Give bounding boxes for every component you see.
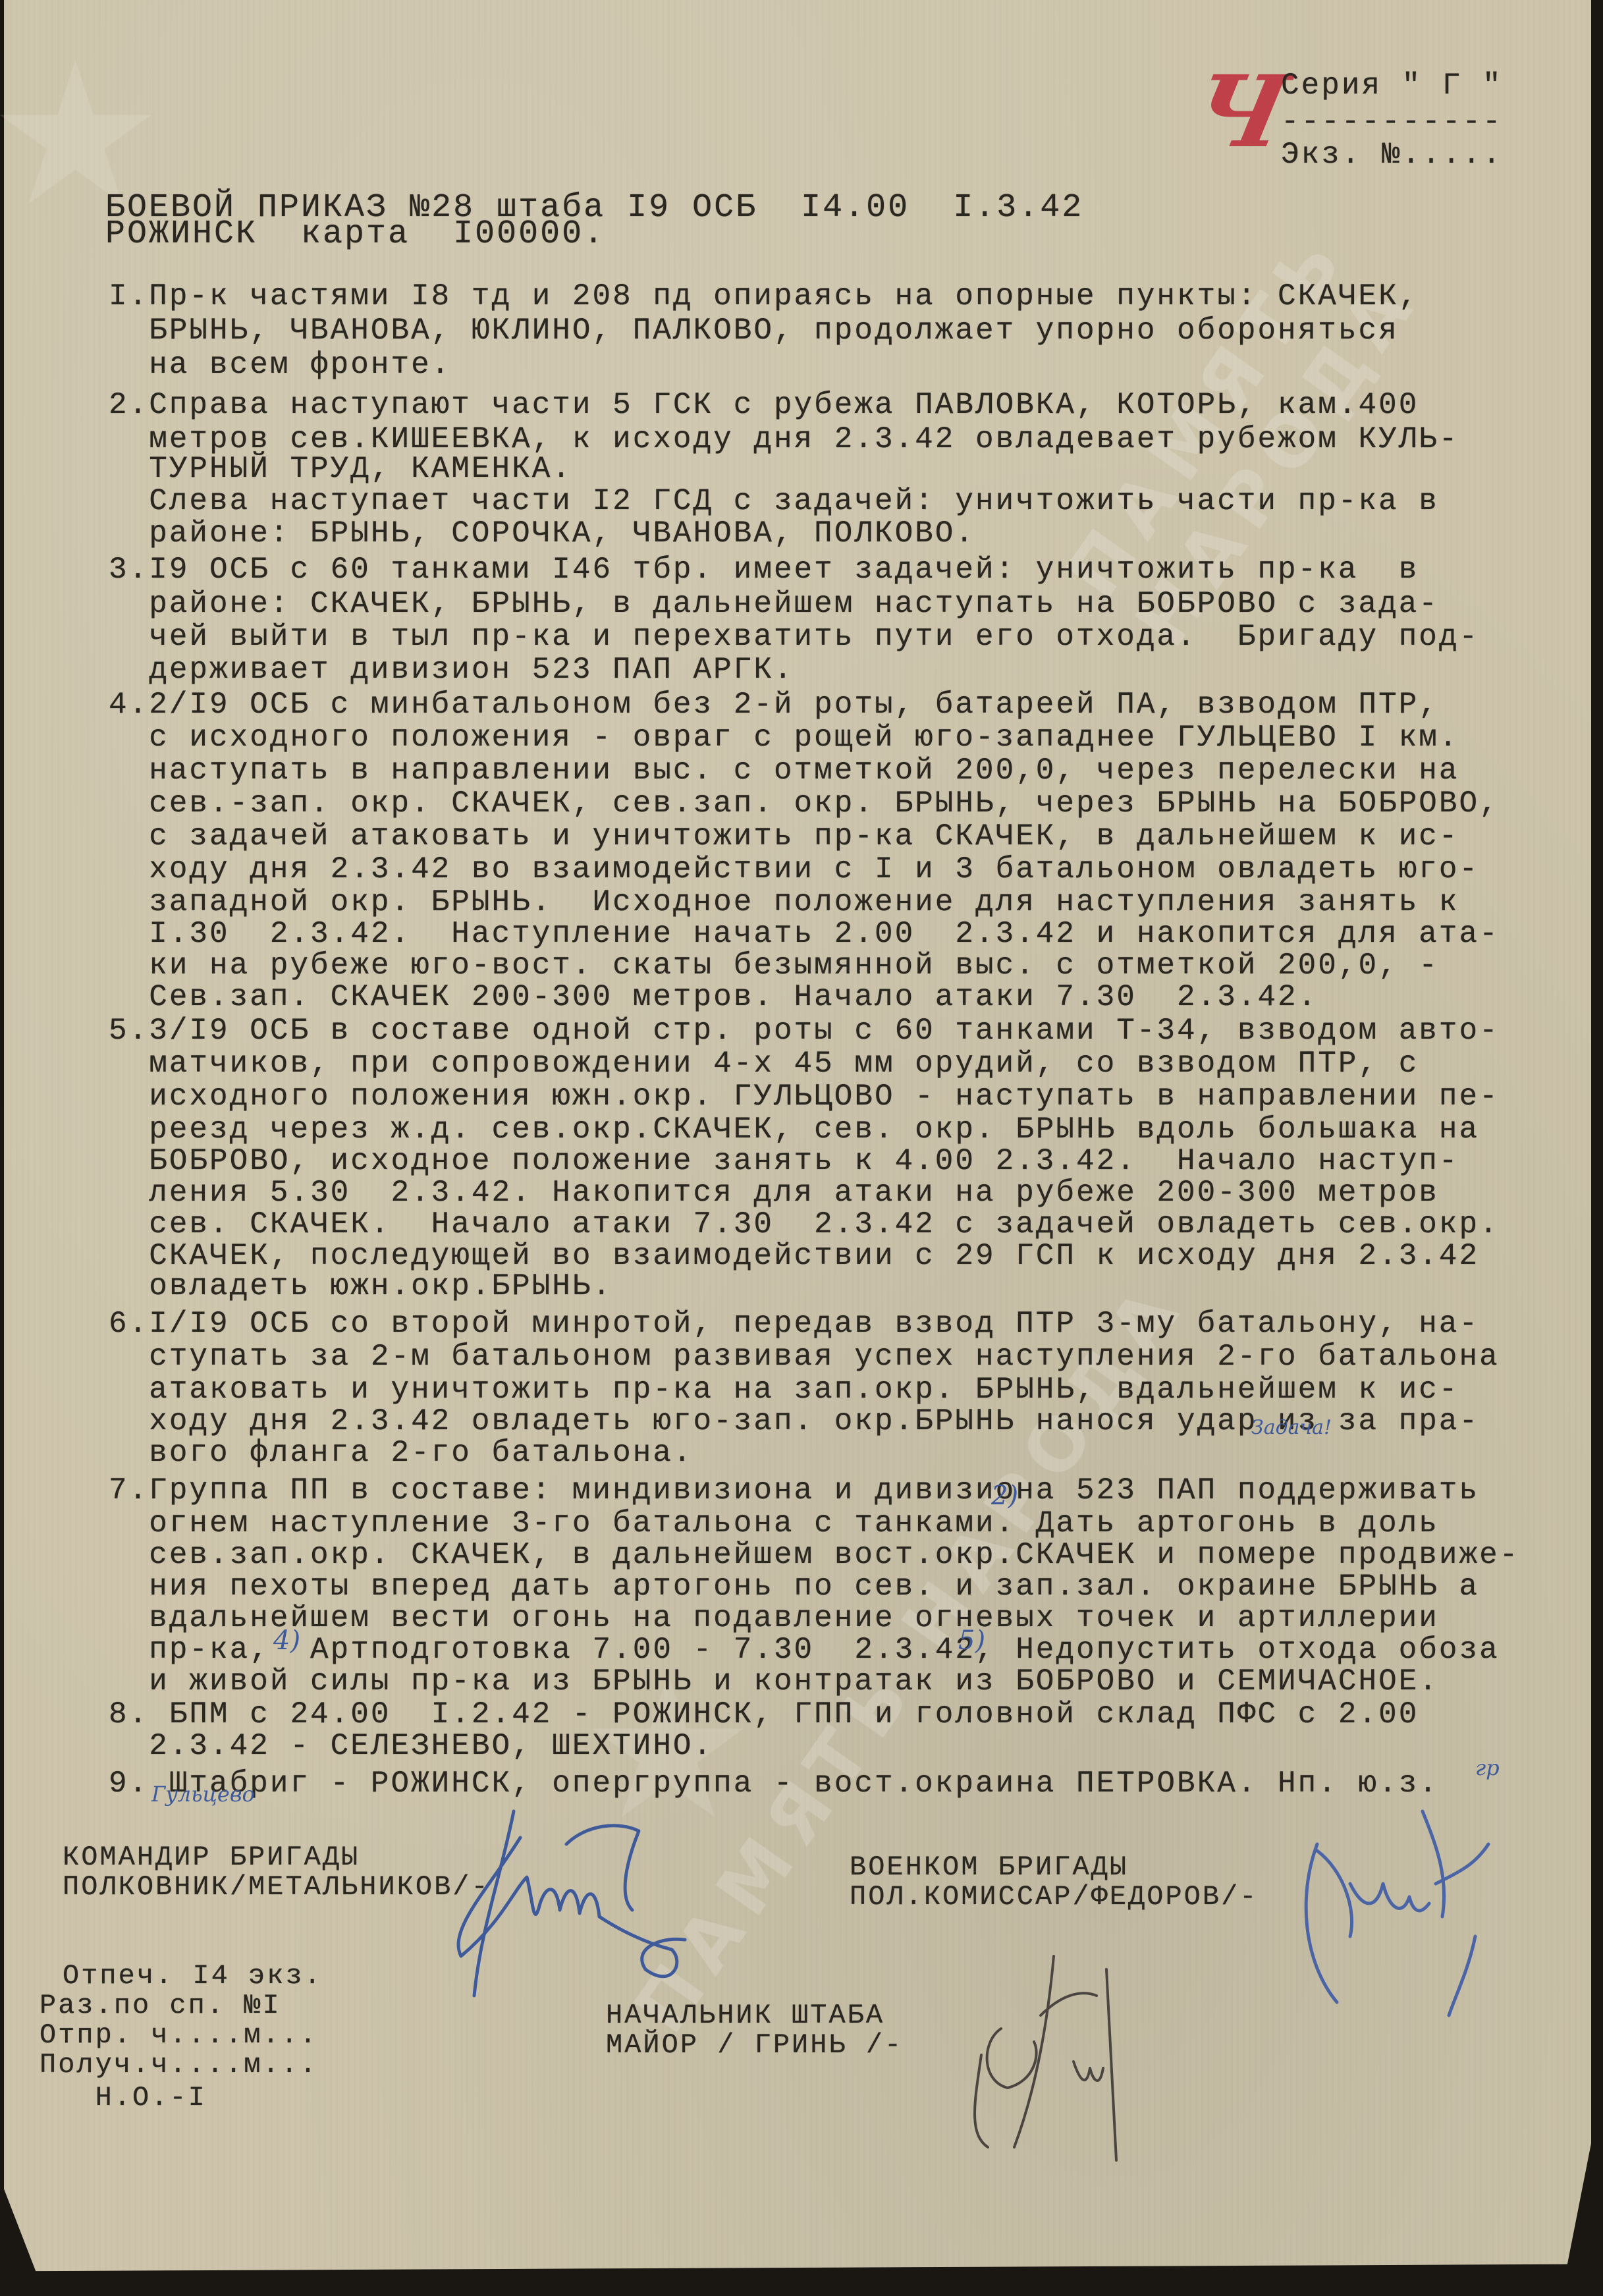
series-label: Серия " Г " xyxy=(1281,69,1503,103)
commander-title: КОМАНДИР БРИГАДЫ xyxy=(63,1841,360,1874)
body-line: вдальнейшем вести огонь на подавление ог… xyxy=(109,1602,1439,1635)
body-line: Сев.зап. СКАЧЕК 200-300 метров. Начало а… xyxy=(109,981,1318,1014)
body-line: на всем фронте. xyxy=(109,348,451,382)
body-line: ления 5.30 2.3.42. Накопится для атаки н… xyxy=(109,1176,1439,1210)
handwritten-marker: 5) xyxy=(958,1626,985,1656)
body-line: 6.I/I9 ОСБ со второй минротой, передав в… xyxy=(109,1307,1479,1341)
distribution-line: Отпр. ч....м... xyxy=(40,2019,318,2052)
body-line: I.Пр-к частями I8 тд и 208 пд опираясь н… xyxy=(109,280,1419,314)
body-line: районе: СКАЧЕК, БРЫНЬ, в дальнейшем наст… xyxy=(109,588,1439,621)
body-line: I.30 2.3.42. Наступление начать 2.00 2.3… xyxy=(109,917,1500,951)
body-line: 2.Справа наступают части 5 ГСК с рубежа … xyxy=(109,389,1419,422)
body-line: с исходного положения - овраг с рощей юг… xyxy=(109,721,1459,755)
body-line: 3.I9 ОСБ с 60 танками I46 тбр. имеет зад… xyxy=(109,553,1419,587)
chief-of-staff-signature xyxy=(955,1950,1166,2167)
body-line: чей выйти в тыл пр-ка и перехватить пути… xyxy=(109,620,1479,654)
body-line: ходу дня 2.3.42 во взаимодействии с I и … xyxy=(109,853,1479,887)
body-line: ния пехоты вперед дать артогонь по сев. … xyxy=(109,1570,1479,1604)
body-line: овладеть южн.окр.БРЫНЬ. xyxy=(109,1270,612,1303)
commissar-name: ПОЛ.КОМИССАР/ФЕДОРОВ/- xyxy=(850,1880,1259,1914)
body-line: сев.-зап. окр. СКАЧЕК, сев.зап. окр. БРЫ… xyxy=(109,787,1500,821)
chief-of-staff-title: НАЧАЛЬНИК ШТАБА xyxy=(606,1999,884,2033)
body-line: районе: БРЫНЬ, СОРОЧКА, ЧВАНОВА, ПОЛКОВО… xyxy=(109,517,975,551)
body-line: БОБРОВО, исходное положение занять к 4.0… xyxy=(109,1145,1459,1178)
body-line: Слева наступает части I2 ГСД с задачей: … xyxy=(109,485,1439,518)
body-line: западной окр. БРЫНЬ. Исходное положение … xyxy=(109,886,1459,919)
distribution-line: Н.О.-I xyxy=(40,2081,207,2115)
commissar-signature xyxy=(1278,1805,1554,2022)
body-line: наступать в направлении выс. с отметкой … xyxy=(109,754,1459,788)
body-line: СКАЧЕК, последующей во взаимодействии с … xyxy=(109,1240,1479,1273)
body-line: и живой силы пр-ка из БРЫНЬ и контратак … xyxy=(109,1665,1439,1699)
body-line: 8. БПМ с 24.00 I.2.42 - РОЖИНСК, ГПП и г… xyxy=(109,1698,1419,1732)
order-location-map: РОЖИНСК карта I00000. xyxy=(105,217,605,251)
body-line: БРЫНЬ, ЧВАНОВА, ЮКЛИНО, ПАЛКОВО, продолж… xyxy=(109,314,1399,348)
distribution-line: Получ.ч....м... xyxy=(40,2048,318,2082)
body-line: вого фланга 2-го батальона. xyxy=(109,1436,693,1470)
handwritten-zadacha: Задача! xyxy=(1251,1416,1332,1439)
body-line: матчиков, при сопровождении 4-х 45 мм ор… xyxy=(109,1047,1419,1081)
handwritten-gultsevo-note: Гульцево xyxy=(151,1782,255,1807)
handwritten-marker: 4) xyxy=(273,1626,300,1656)
body-line: исходного положения южн.окр. ГУЛЬЦОВО - … xyxy=(109,1080,1500,1114)
body-line: сев.зап.окр. СКАЧЕК, в дальнейшем вост.о… xyxy=(109,1539,1519,1572)
body-line: сев. СКАЧЕК. Начало атаки 7.30 2.3.42 с … xyxy=(109,1208,1500,1242)
body-line: ки на рубеже юго-вост. скаты безымянной … xyxy=(109,949,1439,983)
body-line: 7.Группа ПП в составе: миндивизиона и ди… xyxy=(109,1474,1479,1508)
body-line: атаковать и уничтожить пр-ка на зап.окр.… xyxy=(109,1373,1459,1407)
body-line: 4.2/I9 ОСБ с минбатальоном без 2-й роты,… xyxy=(109,688,1439,722)
handwritten-marker: 2) xyxy=(991,1481,1018,1511)
commissar-title: ВОЕНКОМ БРИГАДЫ xyxy=(850,1851,1128,1884)
series-underline: ----------- xyxy=(1281,105,1503,139)
body-line: 9. Штабриг - РОЖИНСК, опергруппа - вост.… xyxy=(109,1767,1439,1801)
body-line: с задачей атаковать и уничтожить пр-ка С… xyxy=(109,820,1459,854)
handwritten-np-note: гр xyxy=(1475,1755,1500,1780)
commander-signature xyxy=(421,1798,790,2002)
distribution-line: Отпеч. I4 экз. xyxy=(63,1959,323,1993)
body-line: пр-ка, Артподготовка 7.00 - 7.30 2.3.42,… xyxy=(109,1633,1500,1667)
body-line: ступать за 2-м батальоном развивая успех… xyxy=(109,1340,1500,1374)
body-line: 2.3.42 - СЕЛЕЗНЕВО, ШЕХТИНО. xyxy=(109,1730,713,1763)
body-line: 5.3/I9 ОСБ в составе одной стр. роты с 6… xyxy=(109,1014,1500,1048)
body-line: ТУРНЫЙ ТРУД, КАМЕНКА. xyxy=(109,452,572,486)
body-line: держивает дивизион 523 ПАП АРГК. xyxy=(109,653,794,687)
body-line: реезд через ж.д. сев.окр.СКАЧЕК, сев. ок… xyxy=(109,1113,1479,1147)
distribution-line: Раз.по сп. №I xyxy=(40,1989,281,2023)
copy-number-label: Экз. №..... xyxy=(1281,138,1503,172)
chief-of-staff-name: МАЙОР / ГРИНЬ /- xyxy=(606,2029,903,2062)
body-line: огнем наступление 3-го батальона с танка… xyxy=(109,1507,1439,1541)
